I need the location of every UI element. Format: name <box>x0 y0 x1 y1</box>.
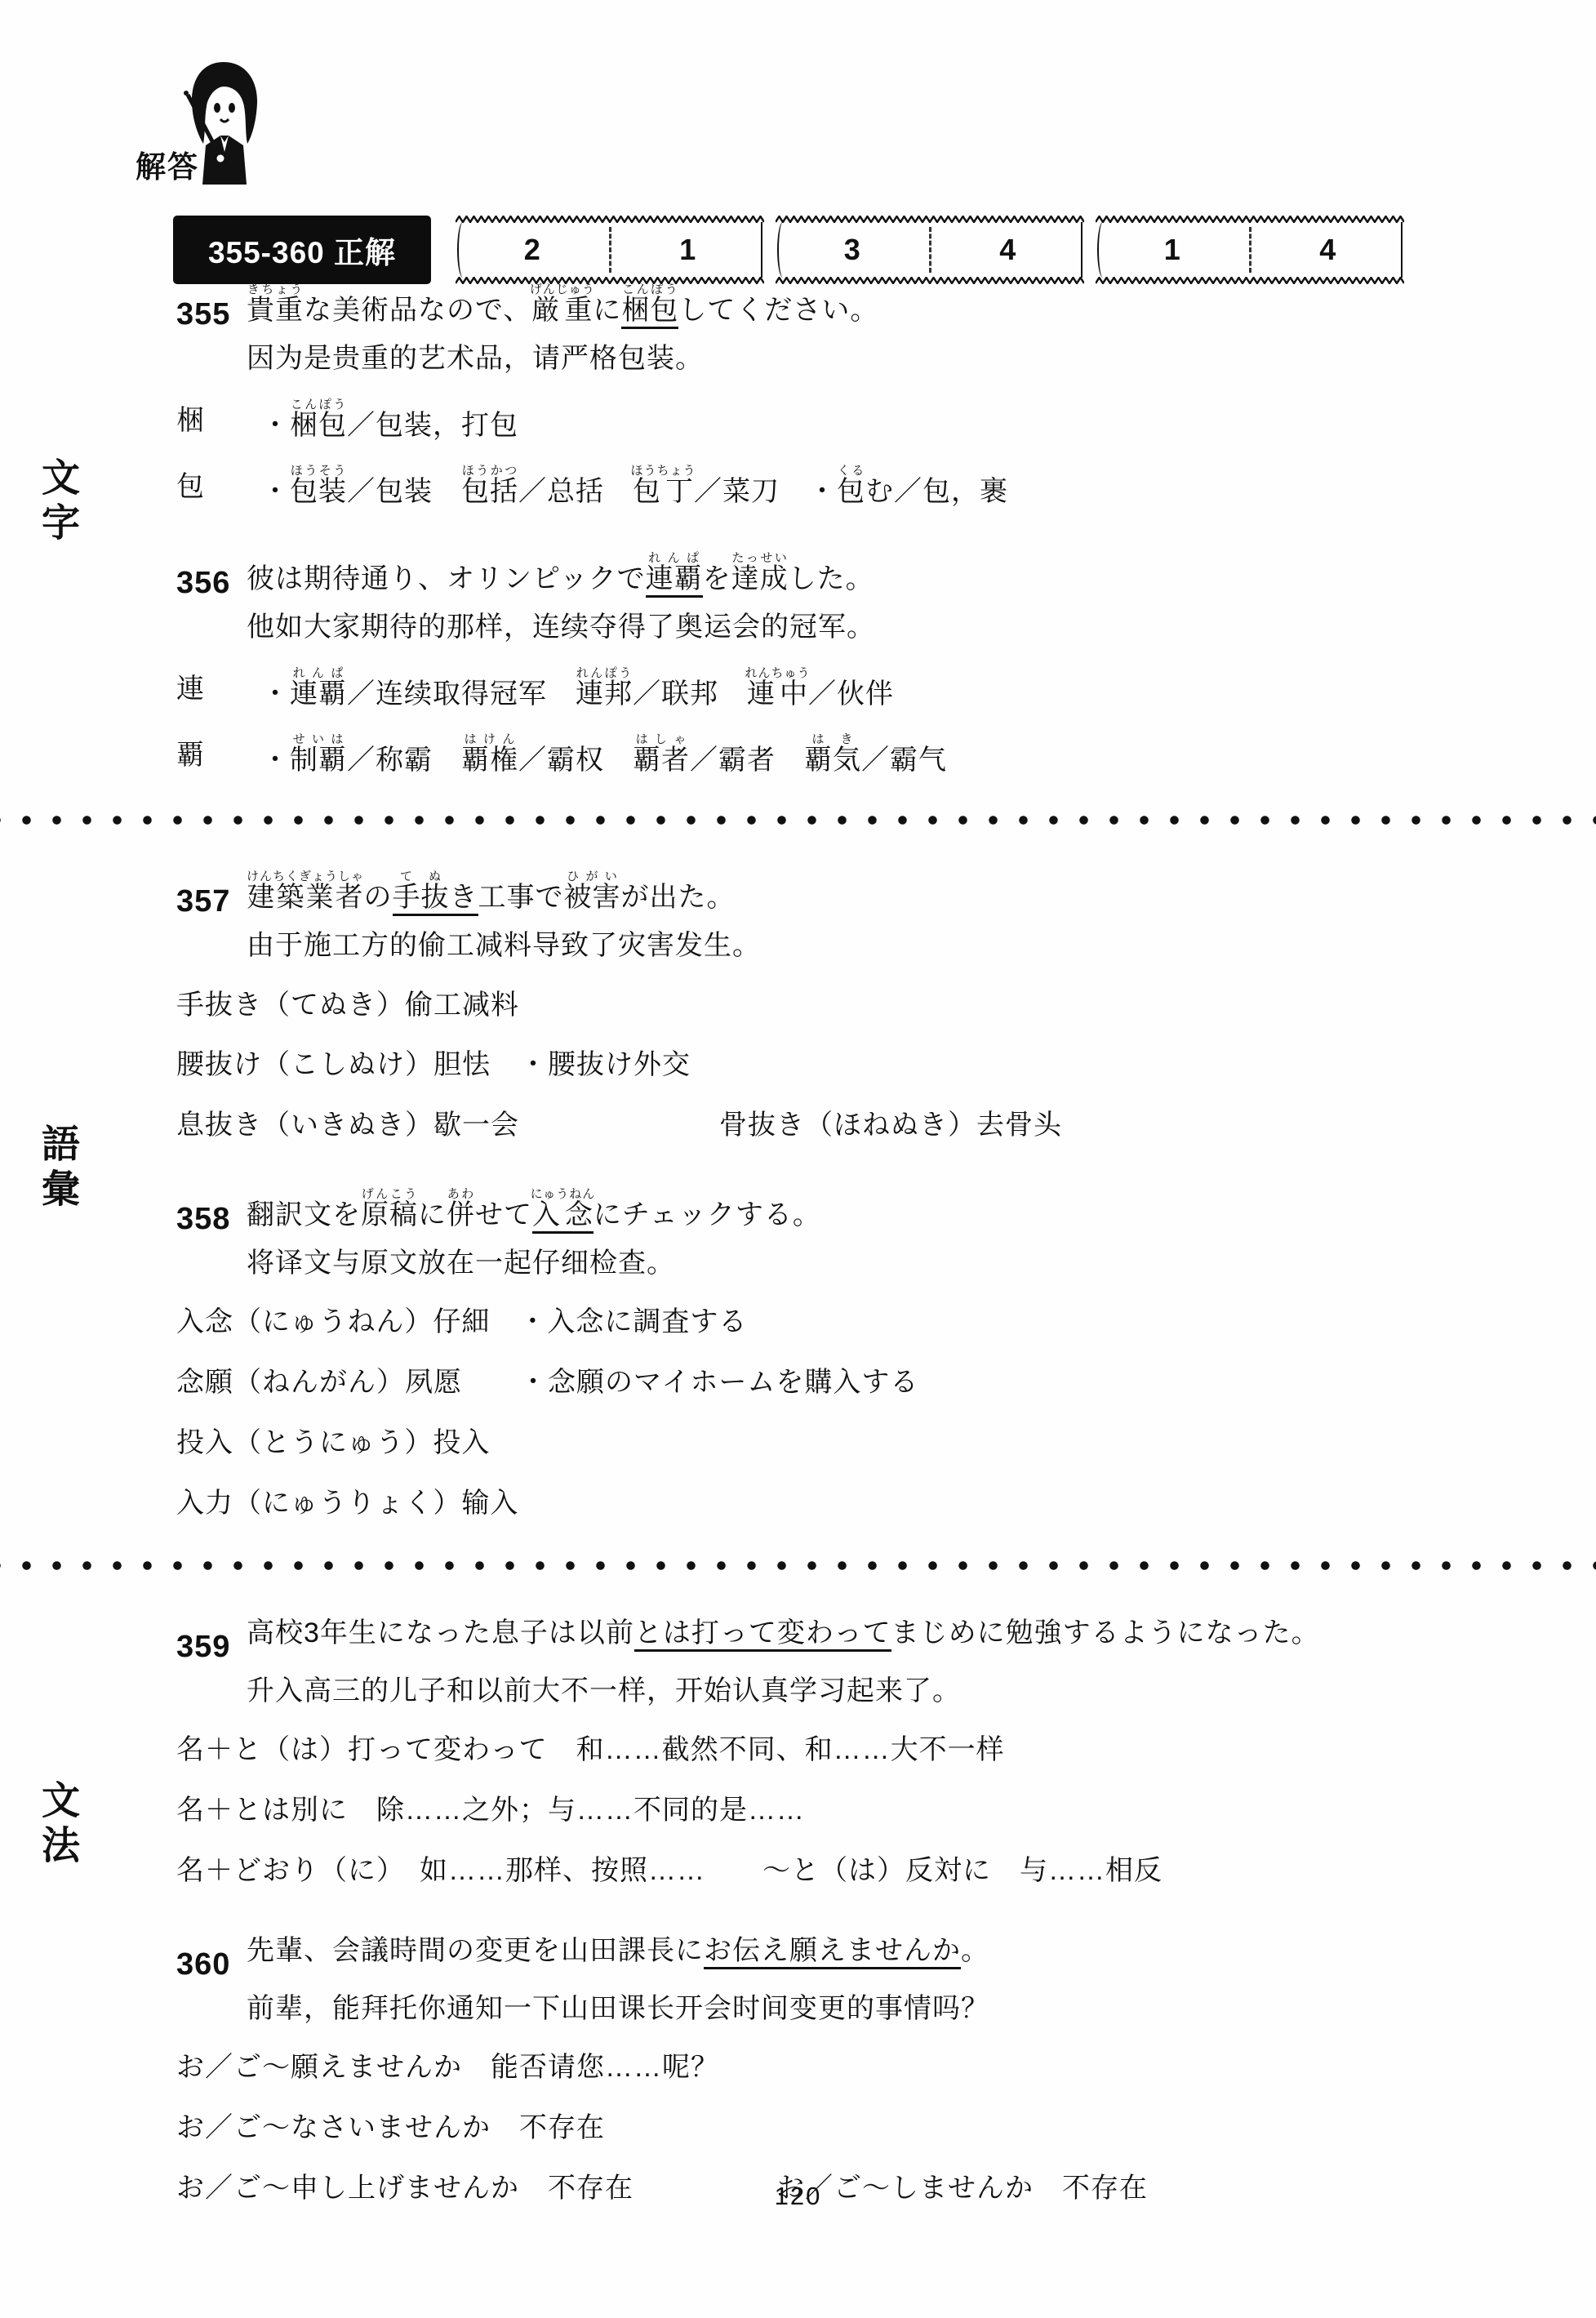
explanation-line: お／ご～願えませんか 能否请您……呢？ <box>176 2049 1563 2087</box>
answer-value: 2 <box>456 233 609 267</box>
textbook-answer-page: 解答 355-360 正解 213414 文字 語彙 文法 355貴重きちょうな… <box>0 0 1596 2318</box>
text-segment: 腰抜け（こしぬけ）胆怯 ・腰抜け外交 <box>176 1049 691 1080</box>
ruby-text: 達成たっせい <box>731 563 789 594</box>
text-segment: お伝え願えませんか <box>704 1935 961 1966</box>
question-number: 356 <box>176 551 247 601</box>
text-segment: ／伙伴 <box>808 678 894 710</box>
underlined-answer-phrase: 連覇れんぱ <box>646 563 703 598</box>
answer-bar: 355-360 正解 213414 <box>0 212 1596 291</box>
question-sentence: 建築業者けんちくぎょうしゃの手抜てぬき工事で被害ひがいが出た。 <box>247 870 736 919</box>
wavy-border <box>456 216 764 223</box>
ruby-text: 制覇せいは <box>290 745 347 776</box>
underlined-answer-phrase: 梱包こんぽう <box>621 295 678 329</box>
question-number: 359 <box>176 1615 247 1665</box>
wavy-border <box>1096 216 1404 223</box>
text-segment: 工事で <box>478 882 564 913</box>
vocab-content: ・制覇せいは／称霸 覇権はけん／霸权 覇者はしゃ／霸者 覇気はき／霸气 <box>261 732 947 777</box>
teacher-girl-illustration <box>178 60 269 185</box>
text-segment: ／霸权 <box>518 745 633 776</box>
ruby-text: 梱包こんぽう <box>290 410 347 441</box>
text-segment: 念願（ねんがん）夙愿 ・念願のマイホームを購入する <box>176 1367 918 1398</box>
text-segment: に <box>593 295 621 326</box>
text-segment: ／包装，打包 <box>347 410 518 441</box>
answer-group: 21 <box>456 217 764 283</box>
vocab-kanji-label: 梱 <box>176 398 261 443</box>
ruby-text: 入念にゅうねん <box>532 1199 593 1230</box>
text-segment: ・ <box>261 476 290 507</box>
question-translation-zh: 由于施工方的偷工减料导致了灾害发生。 <box>176 928 1563 963</box>
explanation-line: 手抜き（てぬき）偷工减料 <box>176 987 1563 1025</box>
question-358: 358翻訳文を原稿げんこうに併あわせて入念にゅうねんにチェックする。 <box>176 1187 1563 1237</box>
text-segment: ／霸气 <box>861 745 947 776</box>
text-segment: に <box>418 1199 447 1230</box>
text-segment: が出た。 <box>621 882 736 913</box>
question-sentence: 先輩、会議時間の変更を山田課長にお伝え願えませんか。 <box>247 1933 989 1982</box>
explanation-line: 名＋どおり（に） 如……那样、按照…… ～と（は）反対に 与……相反 <box>176 1853 1563 1890</box>
vocab-kanji-label: 覇 <box>176 732 261 777</box>
question-translation-zh: 因为是贵重的艺术品，请严格包装。 <box>176 340 1563 376</box>
text-segment: を <box>703 563 731 594</box>
answer-cells: 34 <box>776 217 1084 283</box>
answer-value: 4 <box>931 233 1085 267</box>
text-segment: ／霸者 <box>690 745 804 776</box>
underlined-answer-phrase: 手抜てぬ <box>393 882 450 916</box>
answer-value: 1 <box>611 233 765 267</box>
explanation-line: お／ご～なさいませんか 不存在 <box>176 2110 1563 2147</box>
text-segment: してください。 <box>678 295 878 326</box>
text-segment: 名＋どおり（に） 如……那样、按照…… ～と（は）反対に 与……相反 <box>176 1855 1163 1886</box>
explanation-line: 投入（とうにゅう）投入 <box>176 1425 1563 1462</box>
question-sentence: 高校3年生になった息子は以前とは打って変わってまじめに勉強するようになった。 <box>247 1615 1320 1665</box>
text-segment: 彼は期待通り、オリンピックで <box>247 563 646 594</box>
text-segment: き <box>450 882 478 913</box>
text-segment: とは打って変わって <box>634 1617 891 1648</box>
explanation-line: 腰抜け（こしぬけ）胆怯 ・腰抜け外交 <box>176 1047 1563 1084</box>
text-segment: お／ご～願えませんか 能否请您……呢？ <box>176 2052 719 2083</box>
vocab-content: ・連覇れんぱ／连续取得冠军 連邦れんぽう／联邦 連中れんちゅう／伙伴 <box>261 666 894 711</box>
text-segment: 入力（にゅうりょく）输入 <box>176 1488 518 1519</box>
wavy-border <box>776 216 1084 223</box>
vocab-line: 覇・制覇せいは／称霸 覇権はけん／霸权 覇者はしゃ／霸者 覇気はき／霸气 <box>176 732 1563 777</box>
ruby-text: 連覇れんぱ <box>290 678 347 710</box>
ruby-text: 包くる <box>837 476 865 507</box>
ruby-text: 被害ひがい <box>564 882 621 913</box>
ruby-text: 手抜てぬ <box>393 882 450 913</box>
text-segment: まじめに勉強するようになった。 <box>891 1617 1320 1648</box>
question-number: 355 <box>176 283 247 332</box>
answer-range-label: 355-360 正解 <box>175 217 429 283</box>
question-sentence: 貴重きちょうな美術品なので、厳重げんじゅうに梱包こんぽうしてください。 <box>247 283 878 332</box>
ruby-text: 原稿げんこう <box>361 1199 418 1230</box>
vocab-kanji-label: 包 <box>176 464 261 509</box>
text-segment: せて <box>475 1199 532 1230</box>
vocab-line: 連・連覇れんぱ／连续取得冠军 連邦れんぽう／联邦 連中れんちゅう／伙伴 <box>176 666 1563 711</box>
explanation-line: 名＋と（は）打って変わって 和……截然不同、和……大不一样 <box>176 1732 1563 1769</box>
explanation-line: 名＋とは別に 除……之外；与……不同的是…… <box>176 1792 1563 1830</box>
text-segment: した。 <box>789 563 874 594</box>
question-translation-zh: 升入高三的儿子和以前大不一样，开始认真学习起来了。 <box>176 1673 1563 1709</box>
underlined-answer-phrase: き <box>450 882 478 916</box>
text-segment: 名＋と（は）打って変わって 和……截然不同、和……大不一样 <box>176 1734 1005 1765</box>
ruby-text: 建築業者けんちくぎょうしゃ <box>247 882 364 913</box>
ruby-text: 貴重きちょう <box>247 295 304 326</box>
text-segment: な美術品なので、 <box>304 295 531 326</box>
question-356: 356彼は期待通り、オリンピックで連覇れんぱを達成たっせいした。 <box>176 551 1563 601</box>
text-segment: 先輩、会議時間の変更を山田課長に <box>247 1935 704 1966</box>
text-segment: ／总括 <box>518 476 633 507</box>
answer-group: 14 <box>1096 217 1404 283</box>
content-blocks: 355貴重きちょうな美術品なので、厳重げんじゅうに梱包こんぽうしてください。因为… <box>0 283 1596 2208</box>
ruby-text: 連邦れんぽう <box>576 678 633 710</box>
underlined-answer-phrase: とは打って変わって <box>634 1617 891 1652</box>
answer-value: 4 <box>1251 233 1405 267</box>
vocab-kanji-label: 連 <box>176 666 261 711</box>
answer-value: 1 <box>1096 233 1249 267</box>
answer-cells: 21 <box>456 217 764 283</box>
question-sentence: 翻訳文を原稿げんこうに併あわせて入念にゅうねんにチェックする。 <box>247 1187 821 1237</box>
text-segment: ／连续取得冠军 <box>347 678 576 710</box>
question-translation-zh: 前辈，能拜托你通知一下山田课长开会时间变更的事情吗？ <box>176 1991 1563 2027</box>
question-357: 357建築業者けんちくぎょうしゃの手抜てぬき工事で被害ひがいが出た。 <box>176 870 1563 919</box>
text-segment: ・ <box>261 745 290 776</box>
ruby-text: 梱包こんぽう <box>621 295 678 326</box>
text-segment: 。 <box>961 1935 989 1966</box>
answer-value: 3 <box>776 233 929 267</box>
text-segment: にチェックする。 <box>593 1199 821 1230</box>
text-segment: ／包装 <box>347 476 461 507</box>
underlined-answer-phrase: 入念にゅうねん <box>532 1199 593 1234</box>
ruby-text: 併あわ <box>447 1199 475 1230</box>
explanation-line: 入念（にゅうねん）仔細 ・入念に調査する <box>176 1304 1563 1341</box>
question-359: 359高校3年生になった息子は以前とは打って変わってまじめに勉強するようになった… <box>176 1615 1563 1665</box>
text-segment: 息抜き（いきぬき）歇一会 骨抜き（ほねぬき）去骨头 <box>176 1110 1062 1141</box>
ruby-text: 覇権はけん <box>461 745 518 776</box>
page-number: 120 <box>0 2182 1596 2211</box>
text-segment: の <box>364 882 393 913</box>
text-segment: 投入（とうにゅう）投入 <box>176 1427 490 1458</box>
text-segment: ・ <box>261 410 290 441</box>
ruby-text: 覇者はしゃ <box>633 745 690 776</box>
dotted-divider <box>0 1559 1596 1573</box>
dotted-divider <box>0 813 1596 827</box>
text-segment: 手抜き（てぬき）偷工减料 <box>176 990 519 1021</box>
text-segment: ・ <box>261 678 290 710</box>
text-segment: ／称霸 <box>347 745 461 776</box>
explanation-line: 念願（ねんがん）夙愿 ・念願のマイホームを購入する <box>176 1364 1563 1402</box>
explanation-line: 入力（にゅうりょく）输入 <box>176 1485 1563 1523</box>
answer-cells: 14 <box>1096 217 1404 283</box>
question-sentence: 彼は期待通り、オリンピックで連覇れんぱを達成たっせいした。 <box>247 551 874 601</box>
text-segment: ／联邦 <box>633 678 747 710</box>
text-segment: ／菜刀 ・ <box>694 476 837 507</box>
question-355: 355貴重きちょうな美術品なので、厳重げんじゅうに梱包こんぽうしてください。 <box>176 283 1563 332</box>
question-number: 360 <box>176 1933 247 1982</box>
question-number: 357 <box>176 870 247 919</box>
explanation-line: 息抜き（いきぬき）歇一会 骨抜き（ほねぬき）去骨头 <box>176 1107 1563 1145</box>
vocab-content: ・包装ほうそう／包装 包括ほうかつ／总括 包丁ほうちょう／菜刀 ・包くるむ／包，… <box>261 464 1008 509</box>
text-segment: 名＋とは別に 除……之外；与……不同的是…… <box>176 1795 805 1826</box>
text-segment: 高校3年生になった息子は以前 <box>247 1617 634 1648</box>
ruby-text: 包装ほうそう <box>290 476 347 507</box>
text-segment: お／ご～なさいませんか 不存在 <box>176 2112 605 2143</box>
vocab-content: ・梱包こんぽう／包装，打包 <box>261 398 518 443</box>
ruby-text: 連覇れんぱ <box>646 563 703 594</box>
ruby-text: 覇気はき <box>804 745 861 776</box>
vocab-line: 梱・梱包こんぽう／包装，打包 <box>176 398 1563 443</box>
question-360: 360先輩、会議時間の変更を山田課長にお伝え願えませんか。 <box>176 1933 1563 1982</box>
answer-group: 34 <box>776 217 1084 283</box>
ruby-text: 包丁ほうちょう <box>633 476 694 507</box>
text-segment: 翻訳文を <box>247 1199 361 1230</box>
text-segment: む／包，裹 <box>865 476 1008 507</box>
ruby-text: 包括ほうかつ <box>461 476 518 507</box>
text-segment: 入念（にゅうねん）仔細 ・入念に調査する <box>176 1306 747 1337</box>
ruby-text: 厳重げんじゅう <box>531 295 593 326</box>
question-translation-zh: 将译文与原文放在一起仔细检查。 <box>176 1245 1563 1281</box>
ruby-text: 連中れんちゅう <box>747 678 808 710</box>
question-translation-zh: 他如大家期待的那样，连续夺得了奥运会的冠军。 <box>176 609 1563 645</box>
underlined-answer-phrase: お伝え願えませんか <box>704 1935 961 1969</box>
vocab-line: 包・包装ほうそう／包装 包括ほうかつ／总括 包丁ほうちょう／菜刀 ・包くるむ／包… <box>176 464 1563 509</box>
question-number: 358 <box>176 1187 247 1237</box>
